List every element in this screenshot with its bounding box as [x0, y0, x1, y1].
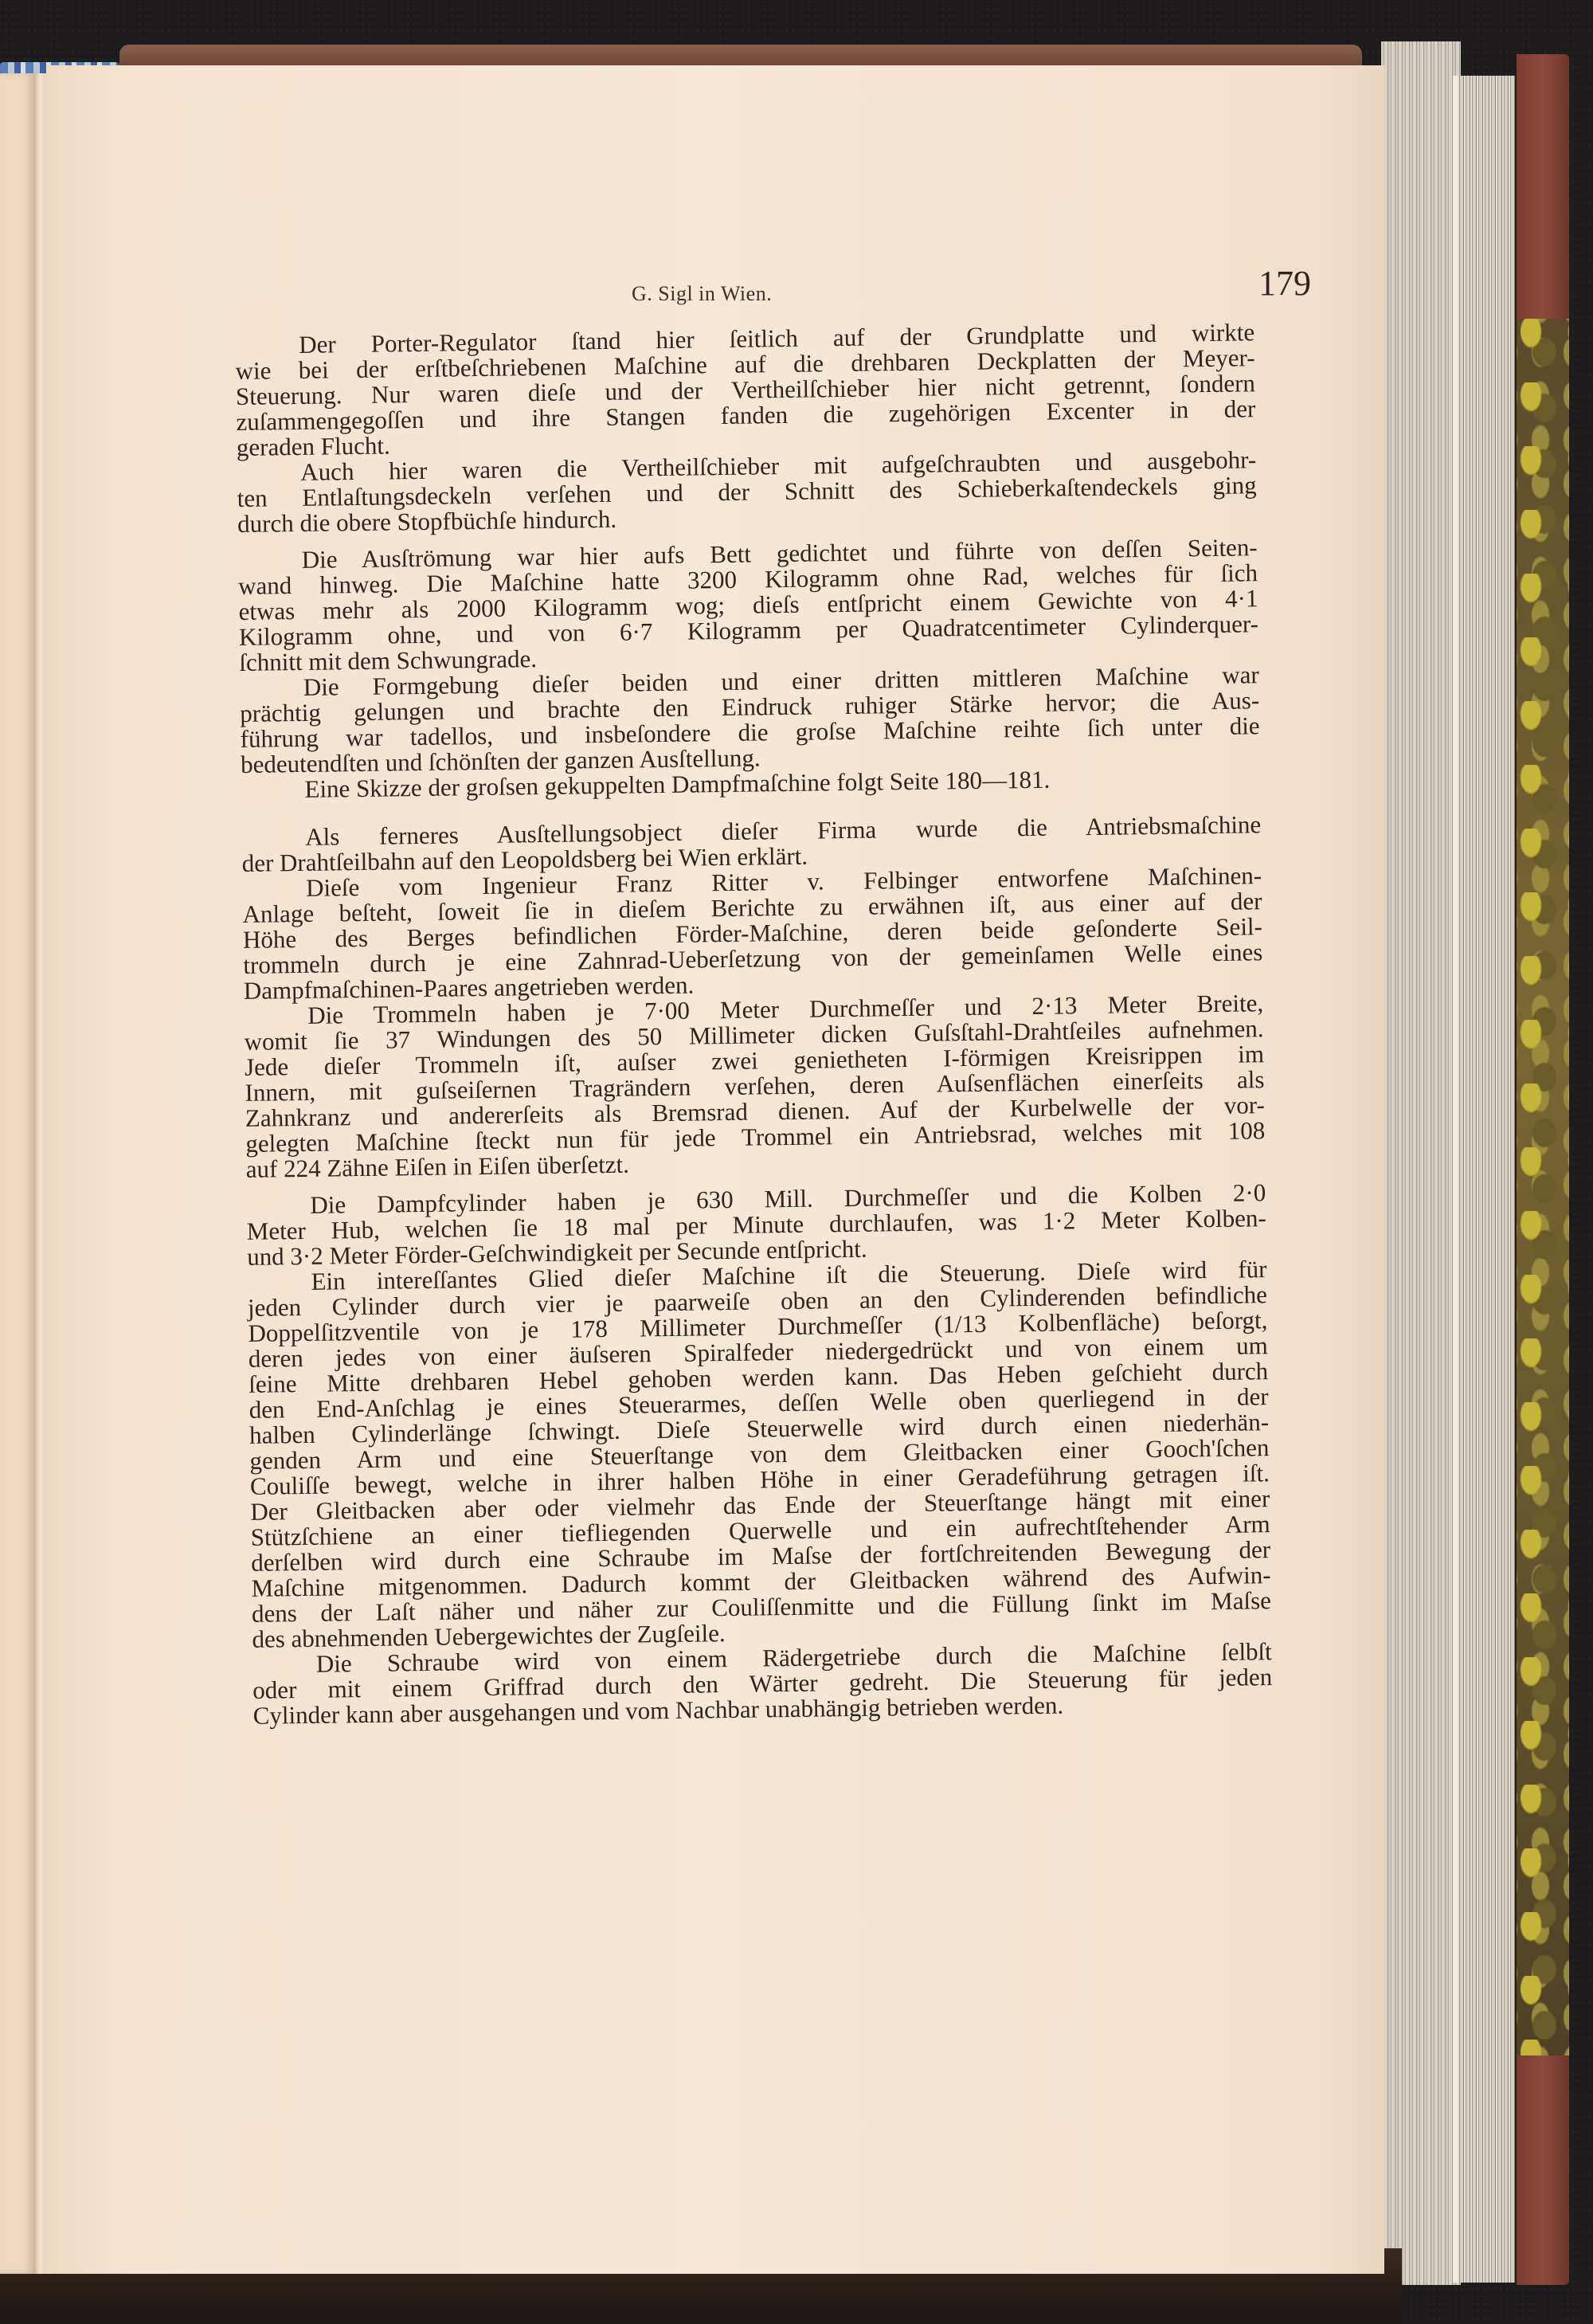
page-number: 179 — [1258, 263, 1311, 304]
marbled-cover — [1517, 319, 1569, 2056]
page-stack-edges — [1381, 41, 1461, 2285]
left-page-sliver — [0, 73, 33, 2274]
body-text: Der Porter-Regulator ſtand hier ſeitlich… — [235, 319, 1273, 1729]
page-stack-edges-outer — [1458, 76, 1515, 2283]
book-gutter — [33, 73, 46, 2274]
book-top-edge — [119, 45, 1362, 65]
running-head: G. Sigl in Wien. — [632, 282, 772, 306]
